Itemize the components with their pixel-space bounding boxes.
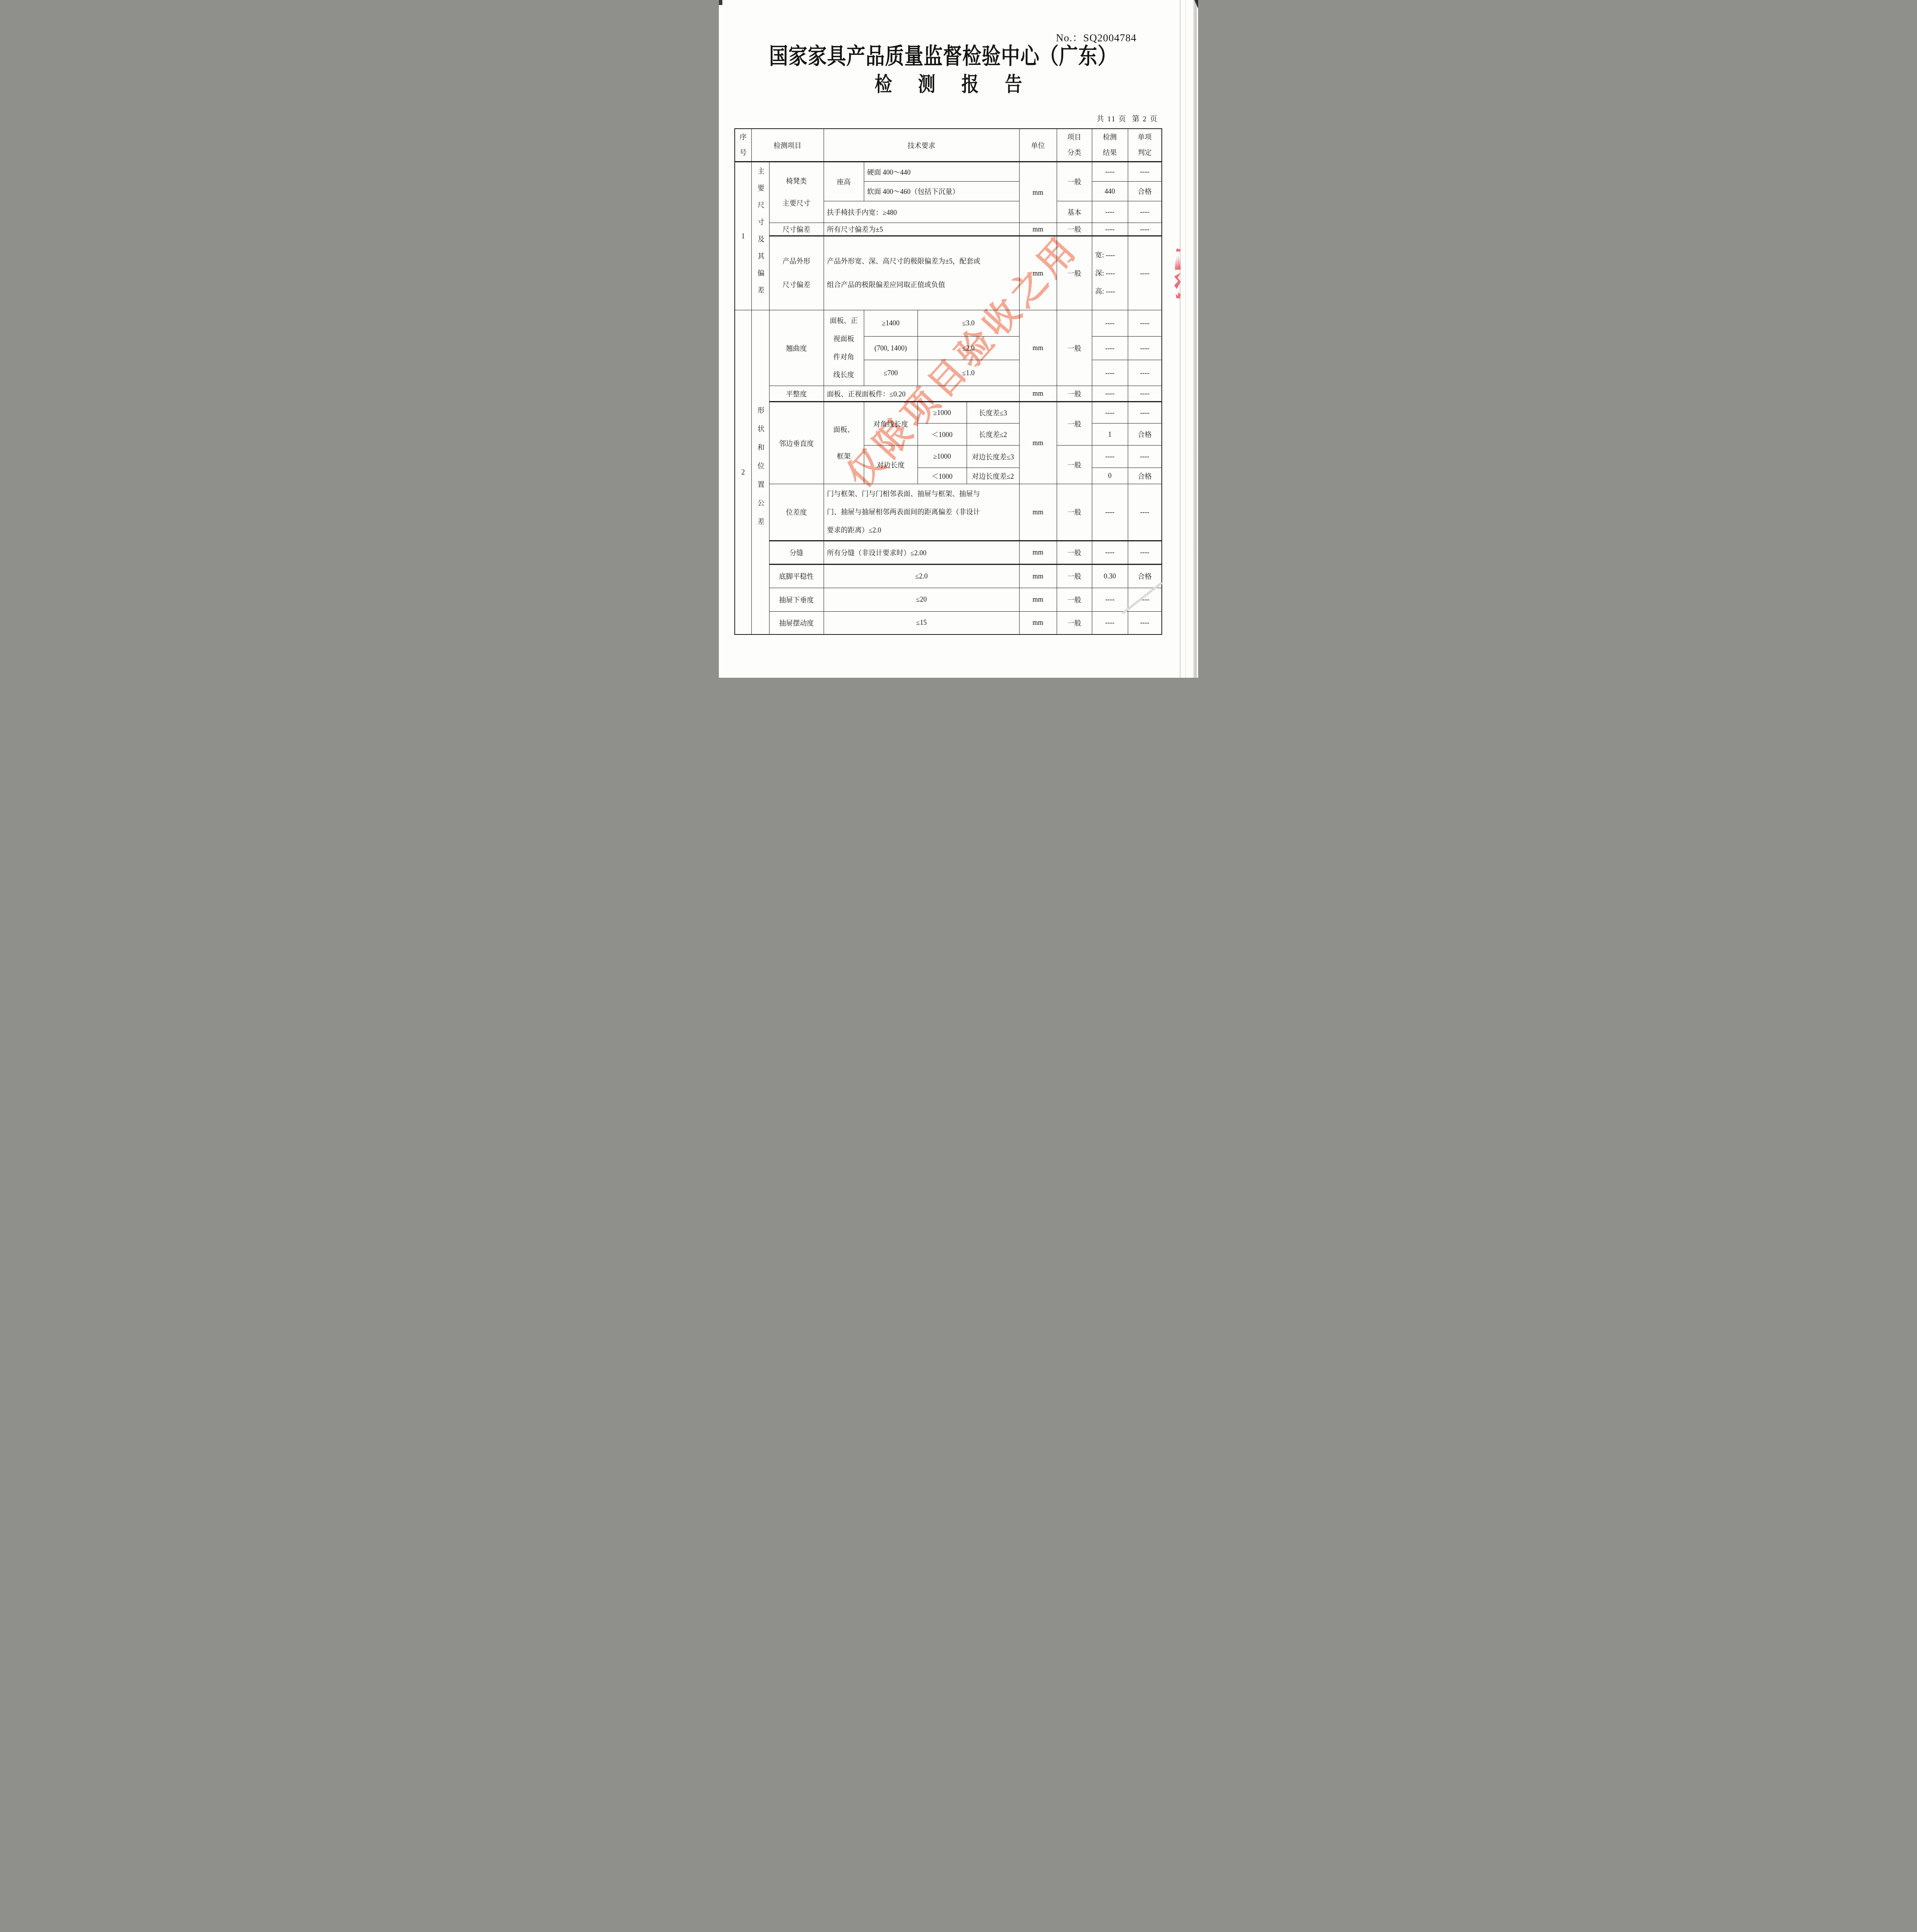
row-position-diff: 位差度 门与框架、门与门相邻表面、抽屉与框架、抽屉与 门、抽屉与抽屉相邻两表面间… (735, 484, 1162, 541)
drawer-sag-category: 一般 (1057, 588, 1092, 611)
size-dev-unit: mm (1019, 223, 1057, 236)
foot-stability-req: ≤2.0 (824, 564, 1019, 588)
header-item: 检测项目 (751, 129, 824, 162)
seat-height-hard-result: ---- (1092, 162, 1128, 182)
document-title: 检 测 报 告 (719, 68, 1178, 97)
row-seam: 分缝 所有分缝（非设计要求时）≤2.00 mm 一般 ---- ---- (735, 541, 1162, 564)
position-diff-category: 一般 (1057, 484, 1092, 541)
perp-diagonal-label: 对角线长度 (864, 402, 918, 446)
report-page: No.：SQ2004784 国家家具产品质量监督检验中心（广东） 检 测 报 告… (719, 0, 1198, 678)
total-pages: 共 11 页 (1096, 115, 1127, 123)
drawer-swing-category: 一般 (1057, 611, 1092, 634)
shape-dev-result: 宽: ---- 深: ---- 高: ---- (1092, 236, 1128, 310)
inspection-results-table: 序 号 检测项目 技术要求 单位 项目 分类 检测 结果 单项 判定 1 主要尺… (734, 128, 1162, 635)
warp-row2-req: ≤2.0 (918, 337, 1019, 360)
s2-group-vertical-text: 形状和位置公差 (756, 406, 764, 536)
table-header-row: 序 号 检测项目 技术要求 单位 项目 分类 检测 结果 单项 判定 (735, 129, 1162, 162)
perp-diag-row2-req: 长度差≤2 (967, 423, 1019, 446)
position-diff-name: 位差度 (769, 484, 824, 541)
warp-row2-result: ---- (1092, 337, 1128, 360)
perp-oppo-row2-req: 对边长度差≤2 (967, 468, 1019, 484)
perp-oppo-category: 一般 (1057, 446, 1092, 484)
perp-oppo-row1-cond: ≥1000 (918, 446, 967, 468)
perp-scope: 面板、 框架 (824, 402, 864, 484)
perp-oppo-row2-result: 0 (1092, 468, 1128, 484)
chair-item-name: 椅凳类 主要尺寸 (769, 162, 824, 223)
s2-serial: 2 (735, 310, 751, 634)
shape-dev-unit: mm (1019, 236, 1057, 310)
shape-dev-req: 产品外形宽、深、高尺寸的极限偏差为±5，配套或 组合产品的极限偏差应同取正值或负… (824, 236, 1019, 310)
seam-result: ---- (1092, 541, 1128, 564)
row-shape-deviation: 产品外形 尺寸偏差 产品外形宽、深、高尺寸的极限偏差为±5，配套或 组合产品的极… (735, 236, 1162, 310)
warp-unit: mm (1019, 310, 1057, 386)
perp-oppo-row1-judgment: ---- (1128, 446, 1162, 468)
seat-height-soft-judgment: 合格 (1128, 182, 1162, 201)
page-indicator: 共 11 页第 2 页 (1091, 113, 1158, 124)
size-dev-category: 一般 (1057, 223, 1092, 236)
drawer-swing-result: ---- (1092, 611, 1128, 634)
warp-row3-cond: ≤700 (864, 360, 918, 386)
header-serial: 序 号 (735, 129, 751, 162)
foot-stability-category: 一般 (1057, 564, 1092, 588)
warp-row1-cond: ≥1400 (864, 310, 918, 337)
perp-diag-row2-cond: ＜1000 (918, 423, 967, 446)
perp-diag-row1-result: ---- (1092, 402, 1128, 423)
current-page: 第 2 页 (1132, 115, 1158, 123)
position-diff-unit: mm (1019, 484, 1057, 541)
perp-opposite-label: 对边长度 (864, 446, 918, 484)
chair-unit: mm (1019, 162, 1057, 223)
armrest-category: 基本 (1057, 201, 1092, 223)
page-edge-line-2 (1185, 0, 1186, 678)
perp-name: 邻边垂直度 (769, 402, 824, 484)
foot-stability-judgment: 合格 (1128, 564, 1162, 588)
organization-title: 国家家具产品质量监督检验中心（广东） (719, 39, 1167, 71)
seam-category: 一般 (1057, 541, 1092, 564)
seat-height-hard-judgment: ---- (1128, 162, 1162, 182)
s1-group-label: 主要尺寸及其偏差 (751, 162, 769, 310)
s1-group-vertical-text: 主要尺寸及其偏差 (756, 167, 764, 303)
perp-diag-row1-cond: ≥1000 (918, 402, 967, 423)
shape-dev-name: 产品外形 尺寸偏差 (769, 236, 824, 310)
seat-height-hard-req: 硬面 400～440 (864, 162, 1019, 182)
seat-height-label: 座高 (824, 162, 864, 201)
warp-name: 翘曲度 (769, 310, 824, 386)
position-diff-req: 门与框架、门与门相邻表面、抽屉与框架、抽屉与 门、抽屉与抽屉相邻两表面间的距离偏… (824, 484, 1019, 541)
seam-req: 所有分缝（非设计要求时）≤2.00 (824, 541, 1019, 564)
seat-height-soft-result: 440 (1092, 182, 1128, 201)
drawer-swing-judgment: ---- (1128, 611, 1162, 634)
header-requirement: 技术要求 (824, 129, 1019, 162)
drawer-swing-name: 抽屉摆动度 (769, 611, 824, 634)
armrest-req: 扶手椅扶手内宽：≥480 (824, 201, 1019, 223)
seam-unit: mm (1019, 541, 1057, 564)
s2-group-label: 形状和位置公差 (751, 310, 769, 634)
row-drawer-swing: 抽屉摆动度 ≤15 mm 一般 ---- ---- (735, 611, 1162, 634)
drawer-sag-req: ≤20 (824, 588, 1019, 611)
foot-stability-name: 底脚平稳性 (769, 564, 824, 588)
drawer-swing-req: ≤15 (824, 611, 1019, 634)
warp-row2-cond: (700, 1400) (864, 337, 918, 360)
row-seat-height-hard: 1 主要尺寸及其偏差 椅凳类 主要尺寸 座高 硬面 400～440 mm 一般 … (735, 162, 1162, 182)
perp-oppo-row1-result: ---- (1092, 446, 1128, 468)
warp-row1-req: ≤3.0 (918, 310, 1019, 337)
row-perp-diag-ge1000: 邻边垂直度 面板、 框架 对角线长度 ≥1000 长度差≤3 mm 一般 ---… (735, 402, 1162, 423)
drawer-sag-name: 抽屉下垂度 (769, 588, 824, 611)
drawer-sag-result: ---- (1092, 588, 1128, 611)
drawer-sag-unit: mm (1019, 588, 1057, 611)
header-judgment: 单项 判定 (1128, 129, 1162, 162)
flatness-name: 平整度 (769, 386, 824, 402)
perp-oppo-row2-cond: ＜1000 (918, 468, 967, 484)
seam-name: 分缝 (769, 541, 824, 564)
perp-diag-category: 一般 (1057, 402, 1092, 446)
warp-row3-result: ---- (1092, 360, 1128, 386)
row-warp-ge1400: 2 形状和位置公差 翘曲度 面板、正 视面板 件对角 线长度 ≥1400 ≤3.… (735, 310, 1162, 337)
header-category: 项目 分类 (1057, 129, 1092, 162)
armrest-judgment: ---- (1128, 201, 1162, 223)
flatness-result: ---- (1092, 386, 1128, 402)
size-dev-judgment: ---- (1128, 223, 1162, 236)
shape-dev-judgment: ---- (1128, 236, 1162, 310)
warp-scope: 面板、正 视面板 件对角 线长度 (824, 310, 864, 386)
armrest-result: ---- (1092, 201, 1128, 223)
header-result: 检测 结果 (1092, 129, 1128, 162)
warp-row1-result: ---- (1092, 310, 1128, 337)
drawer-swing-unit: mm (1019, 611, 1057, 634)
perp-diag-row1-judgment: ---- (1128, 402, 1162, 423)
page-edge-line (1180, 0, 1181, 678)
row-size-deviation: 尺寸偏差 所有尺寸偏差为±5 mm 一般 ---- ---- (735, 223, 1162, 236)
flatness-unit: mm (1019, 386, 1057, 402)
perp-diag-row1-req: 长度差≤3 (967, 402, 1019, 423)
seam-judgment: ---- (1128, 541, 1162, 564)
flatness-req: 面板、正视面板件：≤0.20 (824, 386, 1019, 402)
row-drawer-sag: 抽屉下垂度 ≤20 mm 一般 ---- ---- (735, 588, 1162, 611)
flatness-judgment: ---- (1128, 386, 1162, 402)
row-foot-stability: 底脚平稳性 ≤2.0 mm 一般 0.30 合格 (735, 564, 1162, 588)
scan-corner-mark (719, 0, 722, 5)
flatness-category: 一般 (1057, 386, 1092, 402)
perp-diag-row2-result: 1 (1092, 423, 1128, 446)
perp-oppo-row2-judgment: 合格 (1128, 468, 1162, 484)
row-flatness: 平整度 面板、正视面板件：≤0.20 mm 一般 ---- ---- (735, 386, 1162, 402)
stacked-pages-edge (1193, 0, 1197, 678)
warp-row2-judgment: ---- (1128, 337, 1162, 360)
position-diff-result: ---- (1092, 484, 1128, 541)
position-diff-judgment: ---- (1128, 484, 1162, 541)
size-dev-result: ---- (1092, 223, 1128, 236)
size-dev-req: 所有尺寸偏差为±5 (824, 223, 1019, 236)
warp-row3-judgment: ---- (1128, 360, 1162, 386)
foot-stability-unit: mm (1019, 564, 1057, 588)
foot-stability-result: 0.30 (1092, 564, 1128, 588)
perp-unit: mm (1019, 402, 1057, 484)
s1-serial: 1 (735, 162, 751, 310)
perp-oppo-row1-req: 对边长度差≤3 (967, 446, 1019, 468)
seat-height-category: 一般 (1057, 162, 1092, 201)
header-unit: 单位 (1019, 129, 1057, 162)
drawer-sag-judgment: ---- (1128, 588, 1162, 611)
warp-row3-req: ≤1.0 (918, 360, 1019, 386)
warp-row1-judgment: ---- (1128, 310, 1162, 337)
perp-diag-row2-judgment: 合格 (1128, 423, 1162, 446)
warp-category: 一般 (1057, 310, 1092, 386)
seat-height-soft-req: 软面 400～460（包括下沉量） (864, 182, 1019, 201)
shape-dev-category: 一般 (1057, 236, 1092, 310)
size-dev-name: 尺寸偏差 (769, 223, 824, 236)
